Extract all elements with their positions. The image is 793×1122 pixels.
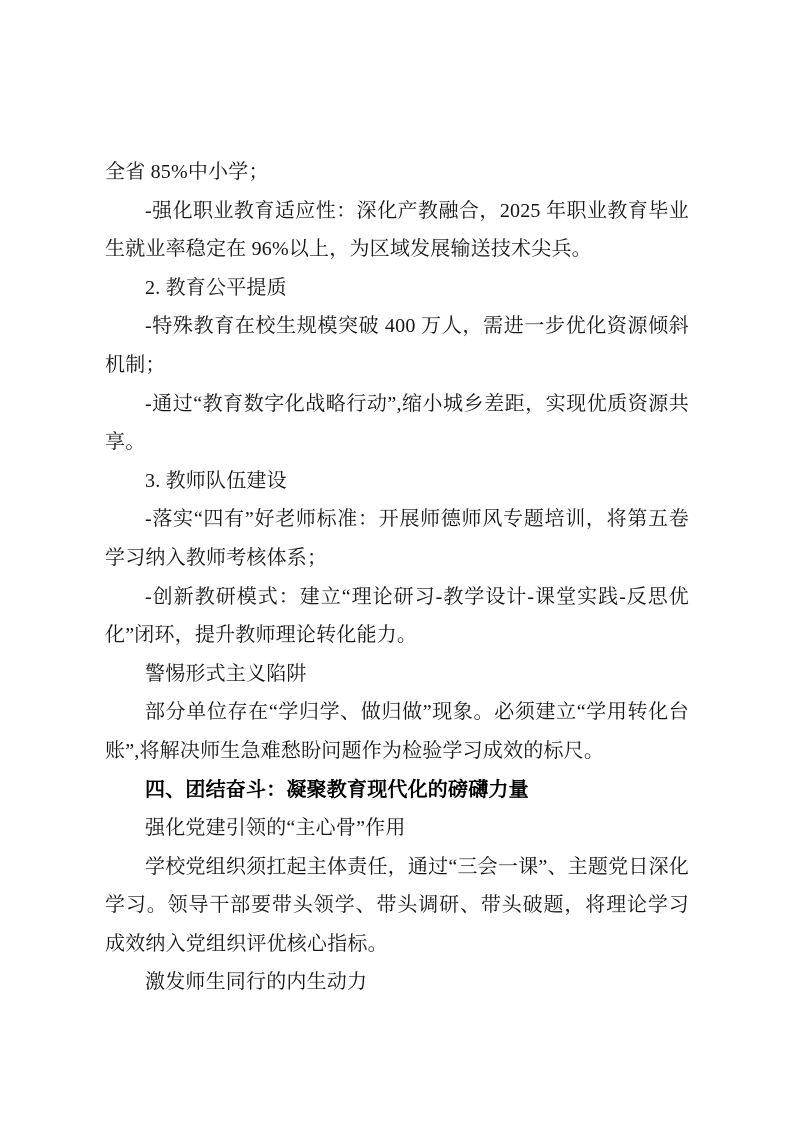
paragraph: 激发师生同行的内生动力: [105, 963, 689, 1002]
paragraph: 全省 85%中小学；: [105, 153, 689, 192]
paragraph: -强化职业教育适应性：深化产教融合，2025 年职业教育毕业生就业率稳定在 96…: [105, 192, 689, 269]
section-heading: 四、团结奋斗：凝聚教育现代化的磅礴力量: [105, 771, 689, 810]
paragraph: 学校党组织须扛起主体责任，通过“三会一课”、主题党日深化学习。领导干部要带头领学…: [105, 848, 689, 964]
paragraph: 强化党建引领的“主心骨”作用: [105, 809, 689, 848]
paragraph: 警惕形式主义陷阱: [105, 655, 689, 694]
document-page: 全省 85%中小学；-强化职业教育适应性：深化产教融合，2025 年职业教育毕业…: [0, 0, 793, 1122]
paragraph: -创新教研模式：建立“理论研习-教学设计-课堂实践-反思优化”闭环，提升教师理论…: [105, 578, 689, 655]
paragraph: -特殊教育在校生规模突破 400 万人，需进一步优化资源倾斜机制；: [105, 307, 689, 384]
document-text-body: 全省 85%中小学；-强化职业教育适应性：深化产教融合，2025 年职业教育毕业…: [105, 153, 689, 1002]
paragraph: -通过“教育数字化战略行动”,缩小城乡差距，实现优质资源共享。: [105, 385, 689, 462]
paragraph: 部分单位存在“学归学、做归做”现象。必须建立“学用转化台账”,将解决师生急难愁盼…: [105, 693, 689, 770]
paragraph: 3. 教师队伍建设: [105, 462, 689, 501]
paragraph: -落实“四有”好老师标准：开展师德师风专题培训，将第五卷学习纳入教师考核体系；: [105, 500, 689, 577]
paragraph: 2. 教育公平提质: [105, 269, 689, 308]
